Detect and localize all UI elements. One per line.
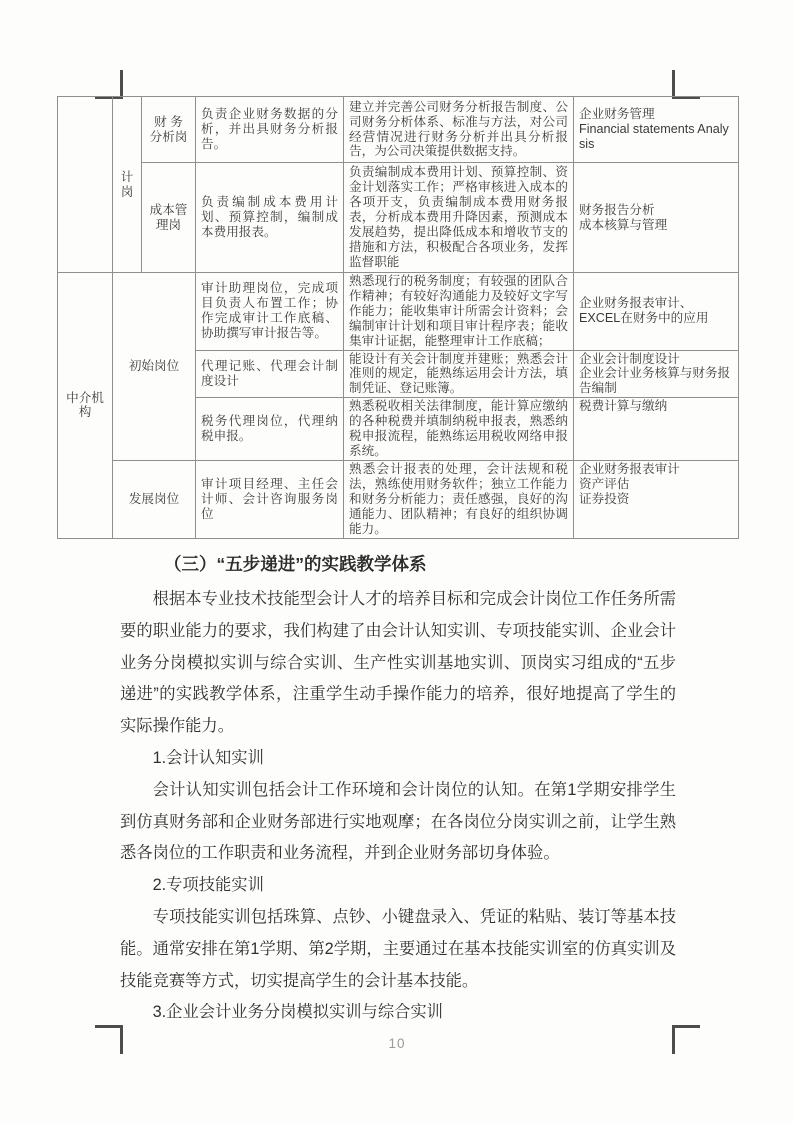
table-row: 发展岗位 审计项目经理、主任会计师、会计咨询服务岗位 熟悉会计报表的处理，会计法… — [58, 460, 739, 538]
table-cell-duty: 审计项目经理、主任会计师、会计咨询服务岗位 — [196, 460, 344, 538]
table-cell-org-blank — [58, 97, 113, 273]
table-row: 计 岗 财 务 分析岗 负责企业财务数据的分析，并出具财务分析报告。 建立并完善… — [58, 97, 739, 163]
table-cell-org-intermediary: 中介机 构 — [58, 273, 113, 539]
subheading-3: 3.企业会计业务分岗模拟实训与综合实训 — [120, 997, 676, 1029]
section-heading: （三）“五步递进”的实践教学体系 — [164, 547, 676, 581]
table-cell-courses: 企业财务管理 Financial statements Analysis — [574, 97, 739, 163]
table-cell-requirement: 负责编制成本费用计划、预算控制、资金计划落实工作；严格审核进入成本的各项开支，负… — [344, 163, 574, 273]
table-cell-courses: 财务报告分析 成本核算与管理 — [574, 163, 739, 273]
table-cell-requirement: 熟悉会计报表的处理，会计法规和税法，熟练使用财务软件；独立工作能力和财务分析能力… — [344, 460, 574, 538]
page-number: 10 — [0, 1036, 794, 1051]
table-cell-courses: 企业财务报表审计 资产评估 证券投资 — [574, 460, 739, 538]
subheading-2: 2.专项技能实训 — [120, 870, 676, 902]
table-cell-stage-develop: 发展岗位 — [113, 460, 196, 538]
table-cell-duty: 负责编制成本费用计划、预算控制，编制成本费用报表。 — [196, 163, 344, 273]
table-cell-requirement: 建立并完善公司财务分析报告制度、公司财务分析体系、标准与方法，对公司经营情况进行… — [344, 97, 574, 163]
document-page: 计 岗 财 务 分析岗 负责企业财务数据的分析，并出具财务分析报告。 建立并完善… — [0, 0, 794, 1123]
table-cell-courses: 税费计算与缴纳 — [574, 398, 739, 461]
paragraph-2: 专项技能实训包括珠算、点钞、小键盘录入、凭证的粘贴、装订等基本技能。通常安排在第… — [120, 902, 676, 997]
table-cell-requirement: 熟悉税收相关法律制度，能计算应缴纳的各种税费并填制纳税申报表，熟悉纳税申报流程，… — [344, 398, 574, 461]
paragraph-intro: 根据本专业技术技能型会计人才的培养目标和完成会计岗位工作任务所需要的职业能力的要… — [120, 584, 676, 743]
crop-mark-top-left — [95, 70, 123, 99]
table-cell-category-jigang: 计 岗 — [113, 97, 142, 273]
table-cell-requirement: 能设计有关会计制度并建账；熟悉会计准则的规定，能熟练运用会计方法，填制凭证、登记… — [344, 350, 574, 398]
table-cell-duty: 代理记账、代理会计制度设计 — [196, 350, 344, 398]
subheading-1: 1.会计认知实训 — [120, 743, 676, 775]
table-cell-requirement: 熟悉现行的税务制度；有较强的团队合作精神；有较好沟通能力及较好文字写作能力；能收… — [344, 273, 574, 351]
table-cell-stage-initial: 初始岗位 — [113, 273, 196, 461]
table-cell-post: 成本管 理岗 — [142, 163, 196, 273]
table-cell-courses: 企业财务报表审计、EXCEL在财务中的应用 — [574, 273, 739, 351]
table-cell-duty: 审计助理岗位，完成项目负责人布置工作；协作完成审计工作底稿、协助撰写审计报告等。 — [196, 273, 344, 351]
post-curriculum-table: 计 岗 财 务 分析岗 负责企业财务数据的分析，并出具财务分析报告。 建立并完善… — [57, 96, 739, 539]
table-cell-duty: 负责企业财务数据的分析，并出具财务分析报告。 — [196, 97, 344, 163]
table-row: 成本管 理岗 负责编制成本费用计划、预算控制，编制成本费用报表。 负责编制成本费… — [58, 163, 739, 273]
body-text: （三）“五步递进”的实践教学体系 根据本专业技术技能型会计人才的培养目标和完成会… — [120, 547, 676, 1029]
crop-mark-top-right — [672, 70, 700, 99]
paragraph-1: 会计认知实训包括会计工作环境和会计岗位的认知。在第1学期安排学生到仿真财务部和企… — [120, 775, 676, 870]
table-row: 中介机 构 初始岗位 审计助理岗位，完成项目负责人布置工作；协作完成审计工作底稿… — [58, 273, 739, 351]
table-cell-duty: 税务代理岗位，代理纳税申报。 — [196, 398, 344, 461]
table-cell-post: 财 务 分析岗 — [142, 97, 196, 163]
table-cell-courses: 企业会计制度设计 企业会计业务核算与财务报告编制 — [574, 350, 739, 398]
